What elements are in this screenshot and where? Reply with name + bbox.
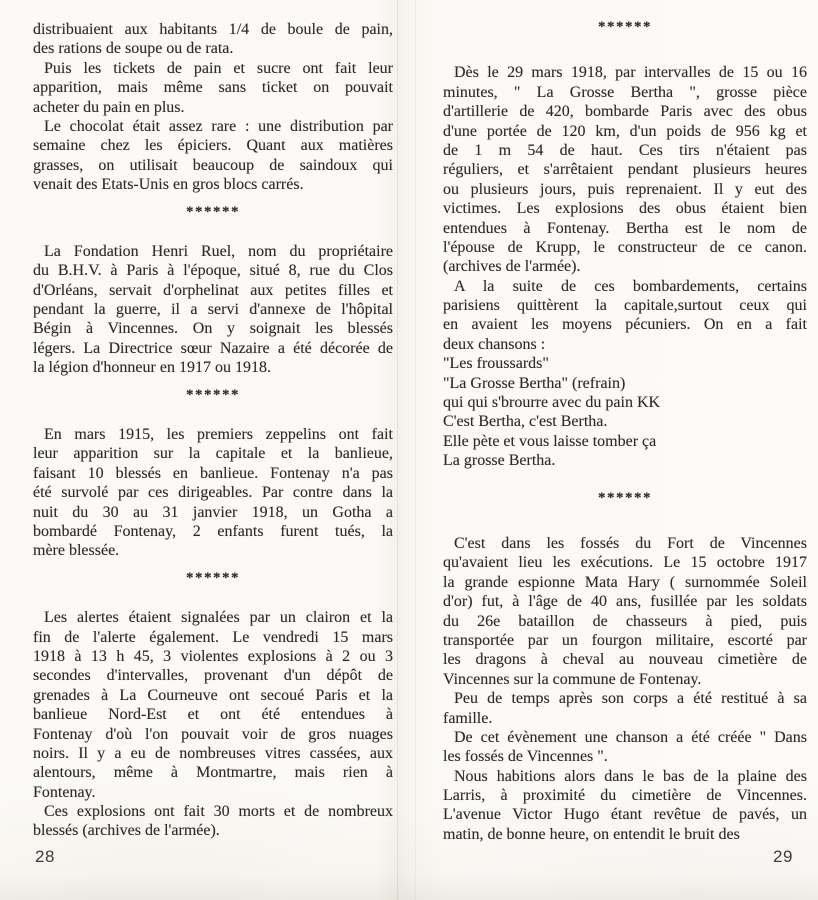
text-line: Peu de temps après son corps a été resti… xyxy=(443,689,807,708)
text-line: d'Orléans, servait d'orphelinat aux peti… xyxy=(33,281,393,300)
paragraph: En mars 1915, les premiers zeppelins ont… xyxy=(33,425,393,561)
text-line: La Fondation Henri Ruel, nom du propriét… xyxy=(33,242,393,261)
text-line: bombardé Fontenay, 2 enfants furent tués… xyxy=(33,522,393,541)
page-number-left: 28 xyxy=(35,847,55,867)
text-line: De cet évènement une chanson a été créée… xyxy=(443,728,807,747)
text-line: pendant la guerre, il a servi d'annexe d… xyxy=(33,300,393,319)
text-line: les dragons à cheval au nouveau cimetièr… xyxy=(443,650,807,669)
text-line: fin de l'alerte également. Le vendredi 1… xyxy=(33,628,393,647)
text-line: Nous habitions alors dans le bas de la p… xyxy=(443,767,807,786)
text-line: été survolé par ces dirigeables. Par con… xyxy=(33,483,393,502)
section-separator: ****** xyxy=(443,489,807,508)
text-line: (archives de l'armée). xyxy=(443,257,807,276)
text-line: venait des Etats-Unis en gros blocs carr… xyxy=(33,175,393,194)
text-line: d'artillerie de 420, bombarde Paris avec… xyxy=(443,102,807,121)
text-line: qu'avaient lieu les exécutions. Le 15 oc… xyxy=(443,553,807,572)
page-left-column: distribuaient aux habitants 1/4 de boule… xyxy=(33,0,393,841)
text-line: Fontenay d'où l'on pouvait voir de gros … xyxy=(33,725,393,744)
text-line: minutes, " La Grosse Bertha ", grosse pi… xyxy=(443,83,807,102)
text-line: mère blessée. xyxy=(33,541,393,560)
text-line: Dès le 29 mars 1918, par intervalles de … xyxy=(443,63,807,82)
text-line: A la suite de ces bombardements, certain… xyxy=(443,277,807,296)
text-line: secondes d'intervalles, provenant d'un d… xyxy=(33,666,393,685)
text-line: faisant 10 blessés en banlieue. Fontenay… xyxy=(33,464,393,483)
text-line: C'est dans les fossés du Fort de Vincenn… xyxy=(443,534,807,553)
text-line: grenades à La Courneuve ont secoué Paris… xyxy=(33,686,393,705)
paragraph: distribuaient aux habitants 1/4 de boule… xyxy=(33,20,393,59)
text-line: légers. La Directrice sœur Nazaire a été… xyxy=(33,339,393,358)
text-line: grasses, on utilisait beaucoup de saindo… xyxy=(33,156,393,175)
page-gutter-line xyxy=(397,0,398,900)
text-line: transportée par un fourgon militaire, es… xyxy=(443,631,807,650)
book-spread: distribuaient aux habitants 1/4 de boule… xyxy=(0,0,818,900)
text-line: des rations de soupe ou de rata. xyxy=(33,39,393,58)
text-line: La grosse Bertha. xyxy=(443,451,807,470)
section-separator: ****** xyxy=(443,18,807,37)
text-line: les fossés de Vincennes ". xyxy=(443,747,807,766)
text-line: noirs. Il y a eu de nombreuses vitres ca… xyxy=(33,744,393,763)
text-line: banlieue Nord-Est et ont été entendues à xyxy=(33,705,393,724)
text-line: d'une portée de 120 km, d'un poids de 95… xyxy=(443,122,807,141)
text-line: "La Grosse Bertha" (refrain) xyxy=(443,374,807,393)
paragraph: Dès le 29 mars 1918, par intervalles de … xyxy=(443,63,807,276)
text-line: acheter du pain en plus. xyxy=(33,98,393,117)
text-line: de 1 m 54 de haut. Ces tirs n'étaient pa… xyxy=(443,141,807,160)
page-gutter-line xyxy=(415,0,416,900)
text-line: Elle pète et vous laisse tomber ça xyxy=(443,432,807,451)
text-line: d'or) fut, à l'âge de 40 ans, fusillée p… xyxy=(443,592,807,611)
scan-shadow xyxy=(0,874,818,900)
song-verse: "Les froussards""La Grosse Bertha" (refr… xyxy=(443,354,807,470)
text-line: Puis les tickets de pain et sucre ont fa… xyxy=(33,59,393,78)
paragraph: Ces explosions ont fait 30 morts et de n… xyxy=(33,802,393,841)
paragraph: Puis les tickets de pain et sucre ont fa… xyxy=(33,59,393,117)
paragraph: A la suite de ces bombardements, certain… xyxy=(443,277,807,355)
text-line: L'avenue Victor Hugo étant revêtue de pa… xyxy=(443,805,807,824)
text-line: "Les froussards" xyxy=(443,354,807,373)
text-line: réguliers, et s'arrêtaient pendant plusi… xyxy=(443,160,807,179)
text-line: nuit du 30 au 31 janvier 1918, un Gotha … xyxy=(33,503,393,522)
text-line: C'est Bertha, c'est Bertha. xyxy=(443,412,807,431)
text-line: entendues à Fontenay. Bertha est le nom … xyxy=(443,219,807,238)
paragraph: Le chocolat était assez rare : une distr… xyxy=(33,117,393,195)
text-line: alentours, même à Montmartre, mais rien … xyxy=(33,763,393,782)
text-line: l'épouse de Krupp, le constructeur de ce… xyxy=(443,238,807,257)
text-line: leur apparition sur la capitale et la ba… xyxy=(33,444,393,463)
text-line: semaine chez les épiciers. Quant aux mat… xyxy=(33,136,393,155)
text-line: En mars 1915, les premiers zeppelins ont… xyxy=(33,425,393,444)
text-line: Bégin à Vincennes. On y soignait les ble… xyxy=(33,319,393,338)
text-line: en avaient les moyens pécuniers. On en a… xyxy=(443,315,807,334)
text-line: deux chansons : xyxy=(443,335,807,354)
text-line: famille. xyxy=(443,709,807,728)
text-line: du 26e bataillon de chasseurs à pied, pu… xyxy=(443,612,807,631)
section-separator: ****** xyxy=(33,569,393,588)
section-separator: ****** xyxy=(33,386,393,405)
paragraph: Les alertes étaient signalées par un cla… xyxy=(33,608,393,802)
text-line: distribuaient aux habitants 1/4 de boule… xyxy=(33,20,393,39)
text-line: Larris, à proximité du cimetière de Vinc… xyxy=(443,786,807,805)
text-line: Ces explosions ont fait 30 morts et de n… xyxy=(33,802,393,821)
page-number-right: 29 xyxy=(773,847,793,867)
text-line: 1918 à 13 h 45, 3 violentes explosions à… xyxy=(33,647,393,666)
paragraph: La Fondation Henri Ruel, nom du propriét… xyxy=(33,242,393,378)
paragraph: C'est dans les fossés du Fort de Vincenn… xyxy=(443,534,807,689)
text-line: matin, de bonne heure, on entendit le br… xyxy=(443,825,807,844)
text-line: qui qui s'brourre avec du pain KK xyxy=(443,393,807,412)
text-line: la légion d'honneur en 1917 ou 1918. xyxy=(33,358,393,377)
text-line: blessés (archives de l'armée). xyxy=(33,821,393,840)
paragraph: Peu de temps après son corps a été resti… xyxy=(443,689,807,728)
section-separator: ****** xyxy=(33,203,393,222)
page-right-column: ******Dès le 29 mars 1918, par intervall… xyxy=(443,0,807,844)
text-line: Vincennes sur la commune de Fontenay. xyxy=(443,670,807,689)
text-line: du B.H.V. à Paris à l'époque, situé 8, r… xyxy=(33,261,393,280)
text-line: parisiens quittèrent la capitale,surtout… xyxy=(443,296,807,315)
text-line: Fontenay. xyxy=(33,783,393,802)
text-line: victimes. Les explosions des obus étaien… xyxy=(443,199,807,218)
text-line: ou plusieurs jours, puis reprenaient. Il… xyxy=(443,180,807,199)
text-line: Le chocolat était assez rare : une distr… xyxy=(33,117,393,136)
text-line: la grande espionne Mata Hary ( surnommée… xyxy=(443,573,807,592)
paragraph: Nous habitions alors dans le bas de la p… xyxy=(443,767,807,845)
text-line: Les alertes étaient signalées par un cla… xyxy=(33,608,393,627)
paragraph: De cet évènement une chanson a été créée… xyxy=(443,728,807,767)
text-line: apparition, mais même sans ticket on pou… xyxy=(33,78,393,97)
